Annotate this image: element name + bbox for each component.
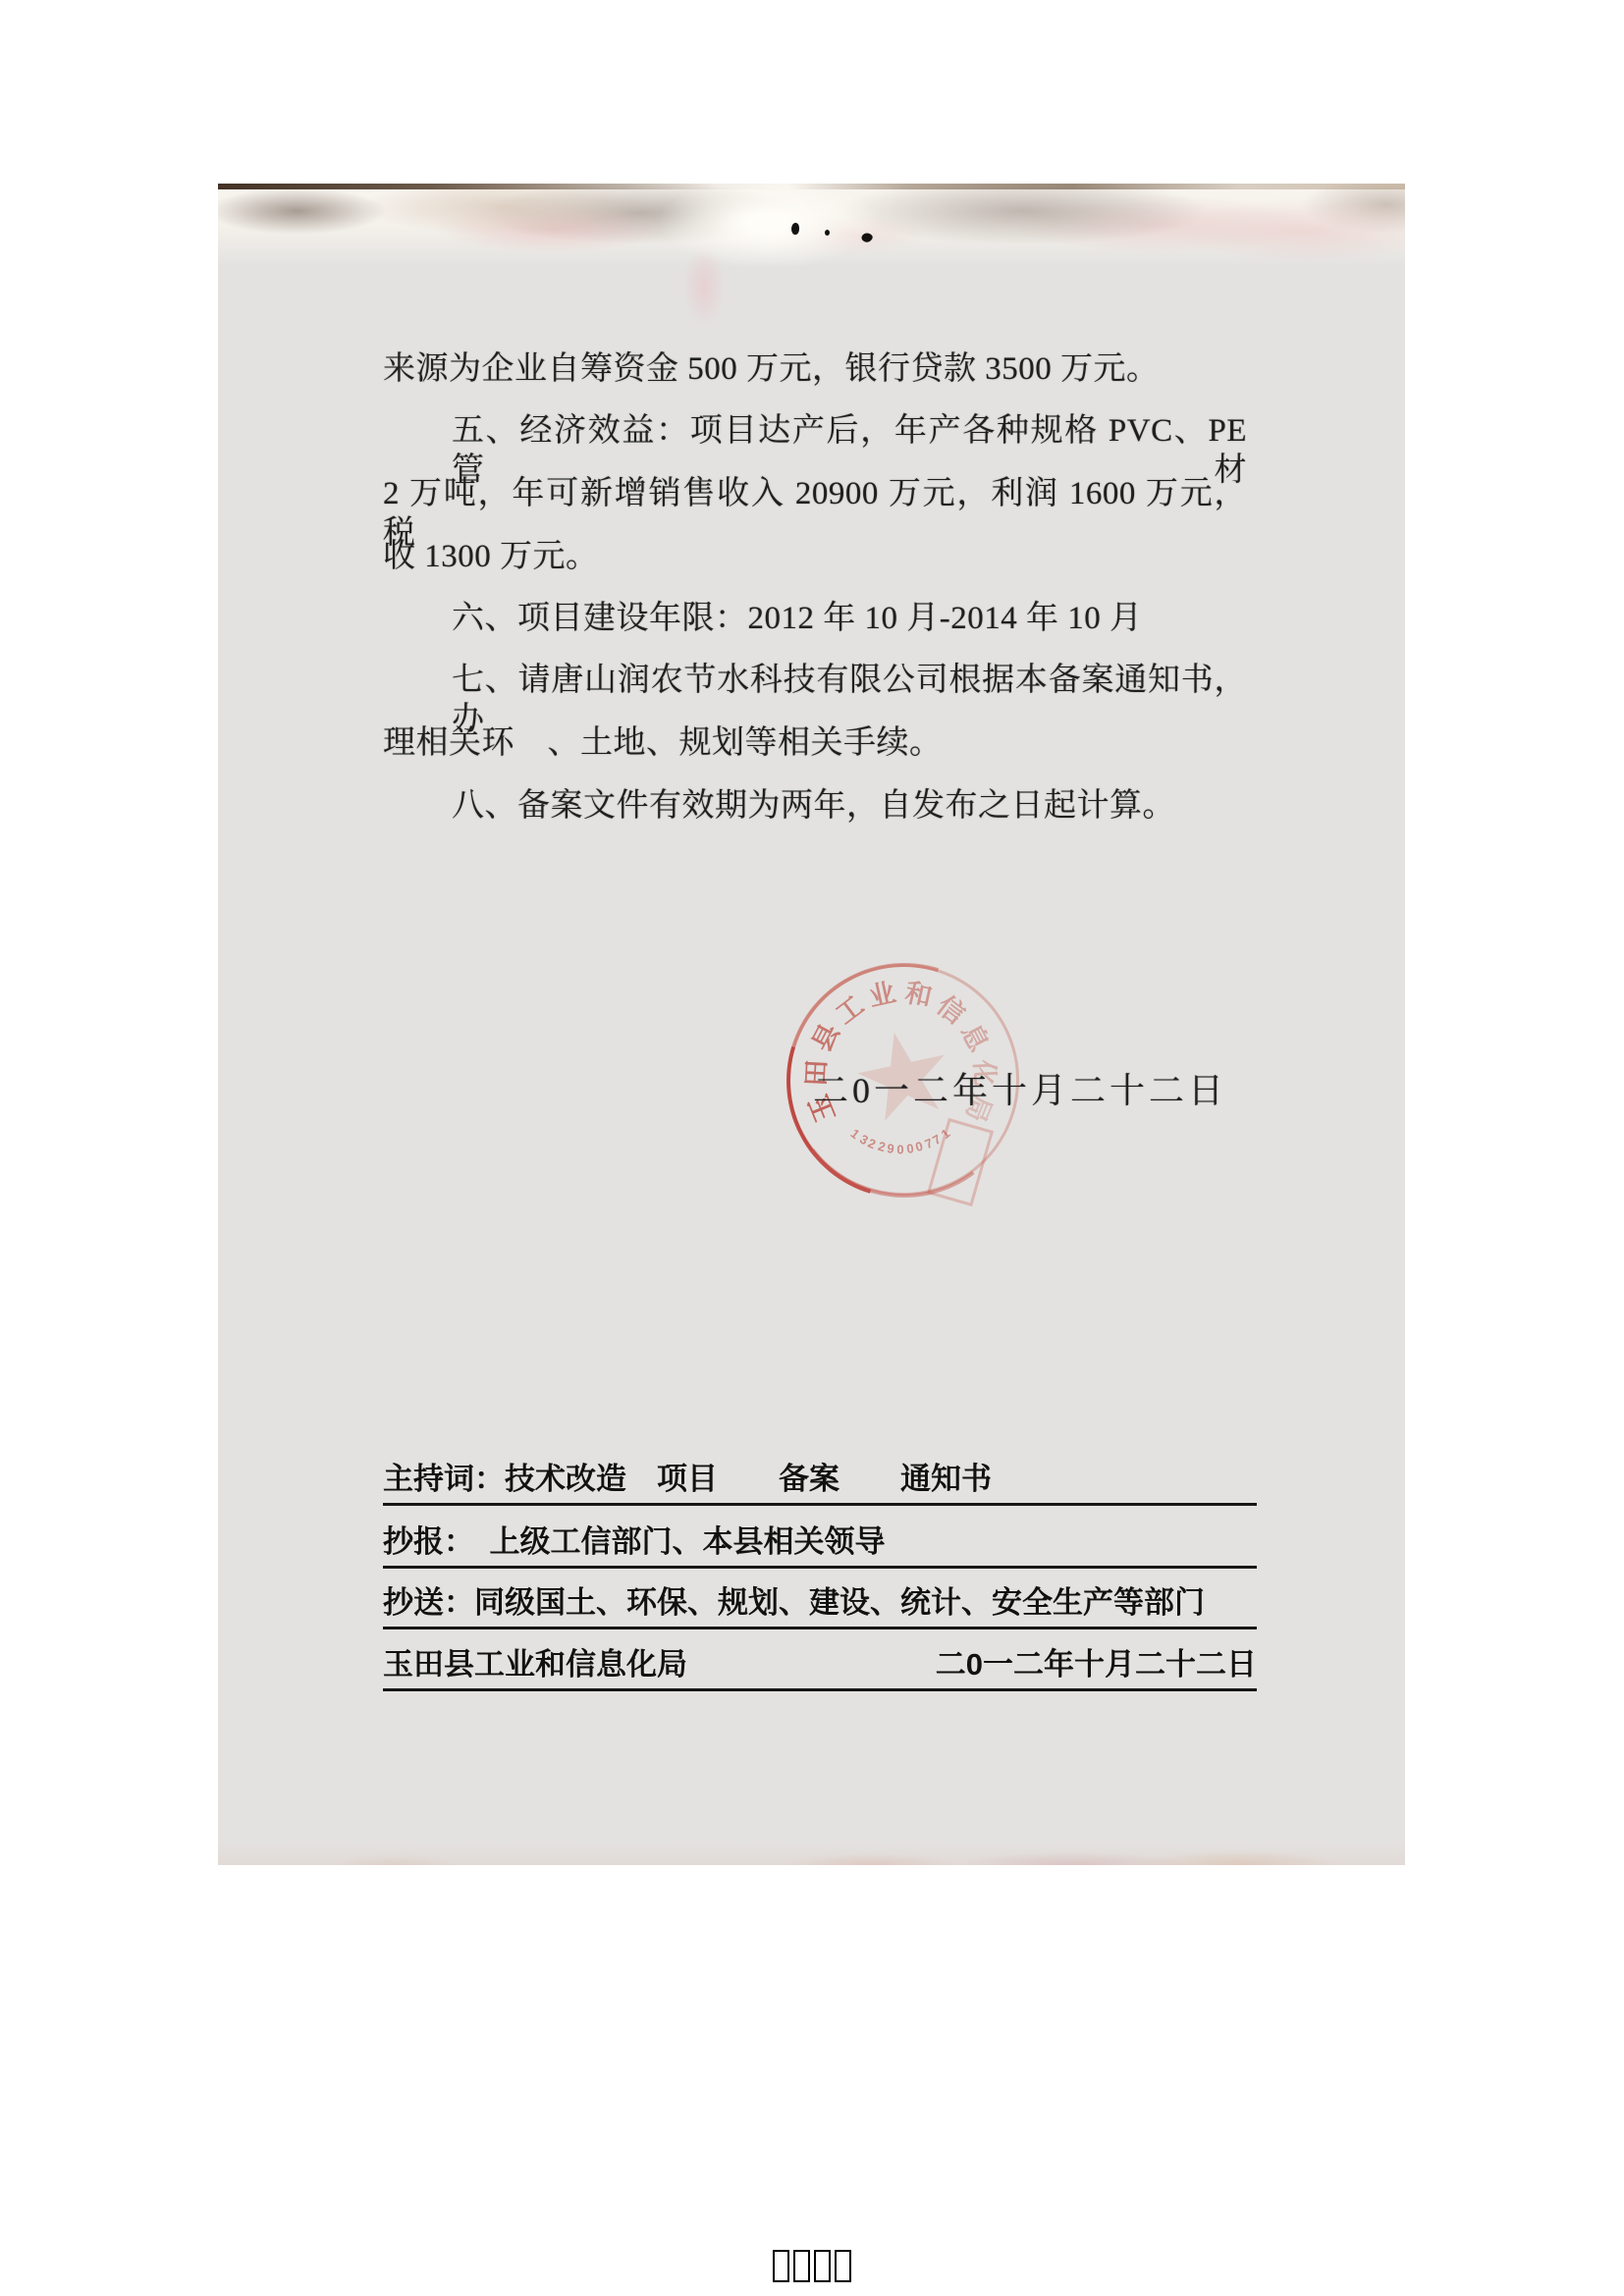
footer-text: 抄报： 上级工信部门、本县相关领导 xyxy=(383,1524,886,1560)
scan-noise-bottom-band xyxy=(218,1836,1405,1865)
ink-speck xyxy=(825,230,830,236)
ink-speck xyxy=(791,223,799,235)
scanned-page-canvas: 来源为企业自筹资金 500 万元，银行贷款 3500 万元。 五、经济效益：项目… xyxy=(0,0,1624,2296)
footer-date: 二0一二年十月二十二日 xyxy=(936,1647,1257,1682)
body-line: 收 1300 万元。 xyxy=(383,537,1247,576)
body-line: 八、备案文件有效期为两年，自发布之日起计算。 xyxy=(383,786,1247,826)
tofu-box-glyph xyxy=(835,2250,851,2282)
footer-row-report-to: 抄报： 上级工信部门、本县相关领导 xyxy=(383,1524,1257,1569)
body-line: 理相关环 、土地、规划等相关手续。 xyxy=(383,723,1247,763)
footer-text: 抄送：同级国土、环保、规划、建设、统计、安全生产等部门 xyxy=(383,1585,1205,1621)
body-line: 来源为企业自筹资金 500 万元，银行贷款 3500 万元。 xyxy=(383,349,1247,389)
footer-text: 主持词：技术改造 项目 备案 通知书 xyxy=(383,1462,992,1497)
footer-issuer: 玉田县工业和信息化局 xyxy=(383,1647,687,1682)
seal-arc-char: 0 xyxy=(905,1141,914,1156)
tofu-box-glyph xyxy=(814,2250,831,2282)
page-caption-missing-glyphs xyxy=(0,2250,1624,2282)
footer-row-copy-to: 抄送：同级国土、环保、规划、建设、统计、安全生产等部门 xyxy=(383,1585,1257,1629)
issue-date: 二0一二年十月二十二日 xyxy=(813,1063,1227,1113)
seal-arc-char: 0 xyxy=(896,1143,903,1157)
tofu-box-glyph xyxy=(773,2250,789,2282)
footer-row-issuer-date: 玉田县工业和信息化局 二0一二年十月二十二日 xyxy=(383,1647,1257,1691)
scan-noise-top-band xyxy=(218,184,1405,331)
scanned-paper: 来源为企业自筹资金 500 万元，银行贷款 3500 万元。 五、经济效益：项目… xyxy=(218,184,1405,1865)
footer-row-keywords: 主持词：技术改造 项目 备案 通知书 xyxy=(383,1462,1257,1506)
body-line: 六、项目建设年限：2012 年 10 月-2014 年 10 月 xyxy=(383,599,1247,638)
ink-speck xyxy=(860,231,874,244)
tofu-box-glyph xyxy=(793,2250,810,2282)
